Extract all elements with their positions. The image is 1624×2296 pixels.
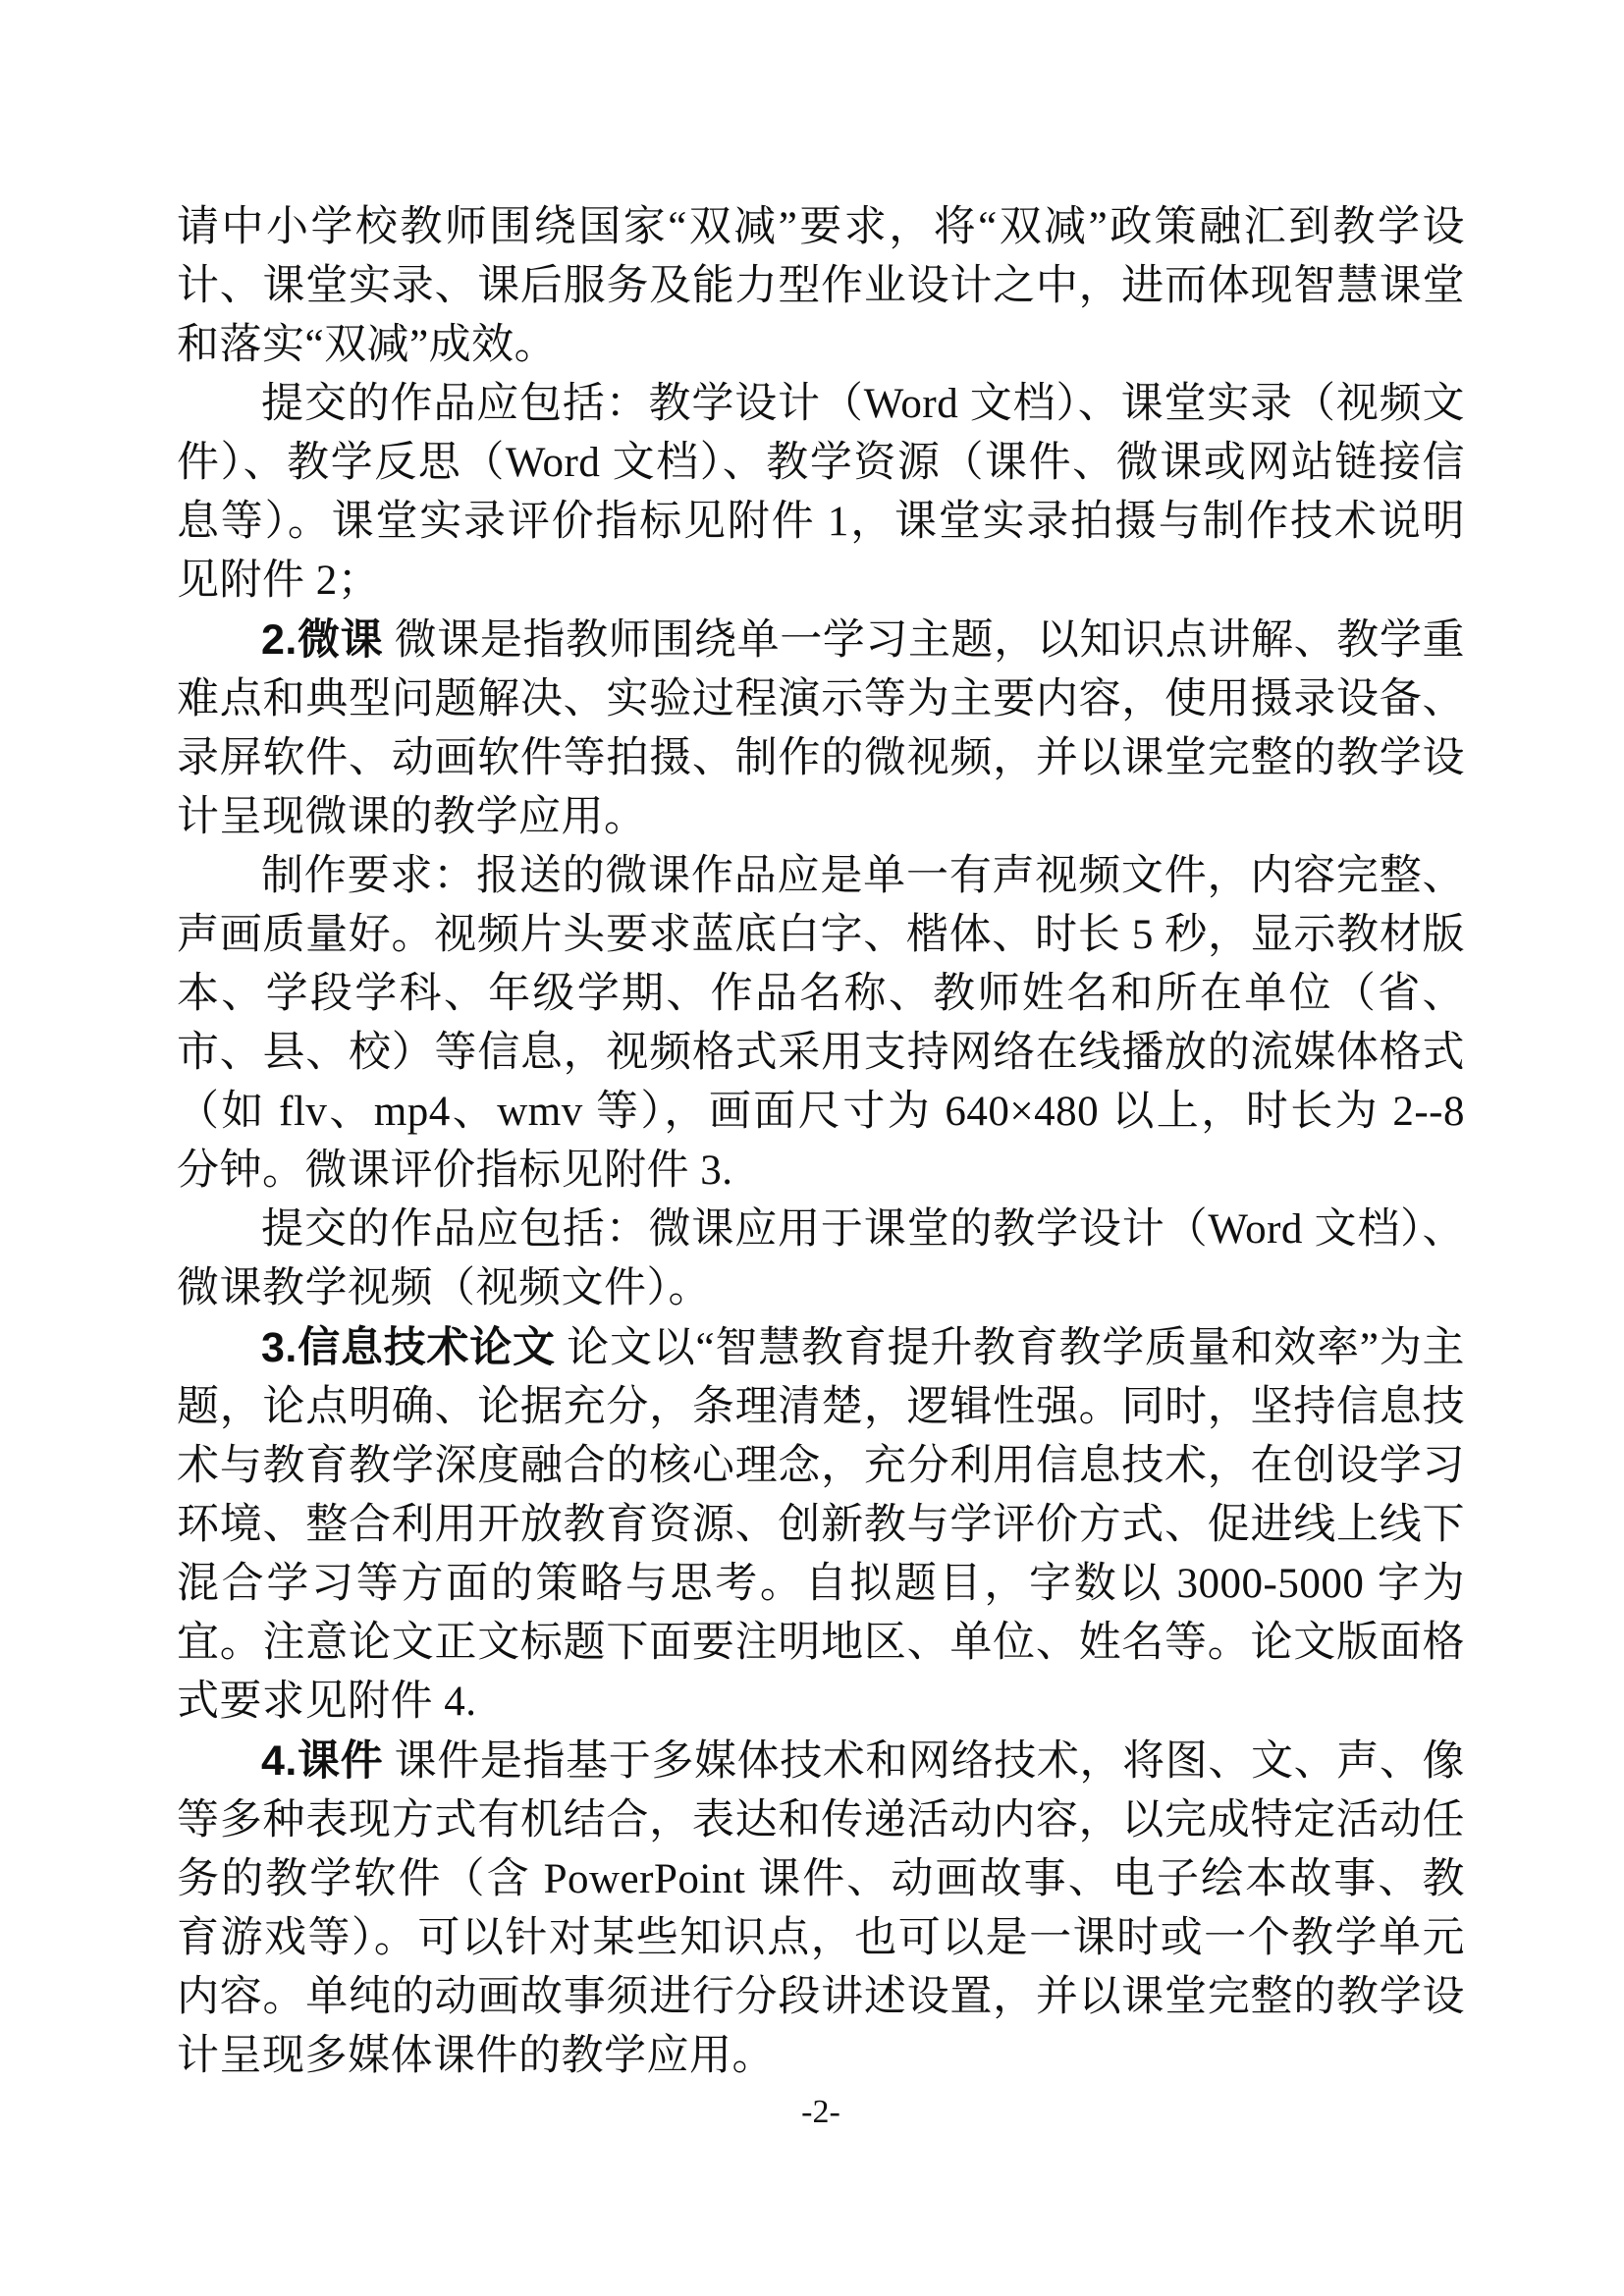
paragraph: 4.课件 课件是指基于多媒体技术和网络技术，将图、文、声、像等多种表现方式有机结… [177,1732,1465,2086]
text-run: 提交的作品应包括：微课应用于课堂的教学设计（Word 文档）、微课教学视频（视频… [177,1206,1465,1311]
document-body: 请中小学校教师围绕国家“双减”要求，将“双减”政策融汇到教学设计、课堂实录、课后… [177,198,1465,2086]
text-run: 请中小学校教师围绕国家“双减”要求，将“双减”政策融汇到教学设计、课堂实录、课后… [177,204,1465,368]
section-heading: 3.信息技术论文 [261,1324,556,1371]
section-heading: 2.微课 [261,616,383,664]
page-footer: -2- [177,2093,1465,2132]
document-page: 请中小学校教师围绕国家“双减”要求，将“双减”政策融汇到教学设计、课堂实录、课后… [0,0,1624,2296]
text-run: 提交的作品应包括：教学设计（Word 文档）、课堂实录（视频文件）、教学反思（W… [177,381,1465,604]
text-run: 制作要求：报送的微课作品应是单一有声视频文件，内容完整、声画质量好。视频片头要求… [177,853,1465,1194]
paragraph: 提交的作品应包括：教学设计（Word 文档）、课堂实录（视频文件）、教学反思（W… [177,375,1465,611]
paragraph: 提交的作品应包括：微课应用于课堂的教学设计（Word 文档）、微课教学视频（视频… [177,1201,1465,1318]
text-run: 论文以“智慧教育提升教育教学质量和效率”为主题，论点明确、论据充分，条理清楚，逻… [177,1325,1465,1725]
paragraph: 3.信息技术论文 论文以“智慧教育提升教育教学质量和效率”为主题，论点明确、论据… [177,1318,1465,1732]
section-heading: 4.课件 [261,1737,383,1785]
paragraph: 2.微课 微课是指教师围绕单一学习主题，以知识点讲解、教学重难点和典型问题解决、… [177,611,1465,847]
paragraph: 制作要求：报送的微课作品应是单一有声视频文件，内容完整、声画质量好。视频片头要求… [177,847,1465,1201]
paragraph: 请中小学校教师围绕国家“双减”要求，将“双减”政策融汇到教学设计、课堂实录、课后… [177,198,1465,375]
page-number: -2- [801,2094,840,2130]
text-run: 课件是指基于多媒体技术和网络技术，将图、文、声、像等多种表现方式有机结合，表达和… [177,1738,1465,2079]
